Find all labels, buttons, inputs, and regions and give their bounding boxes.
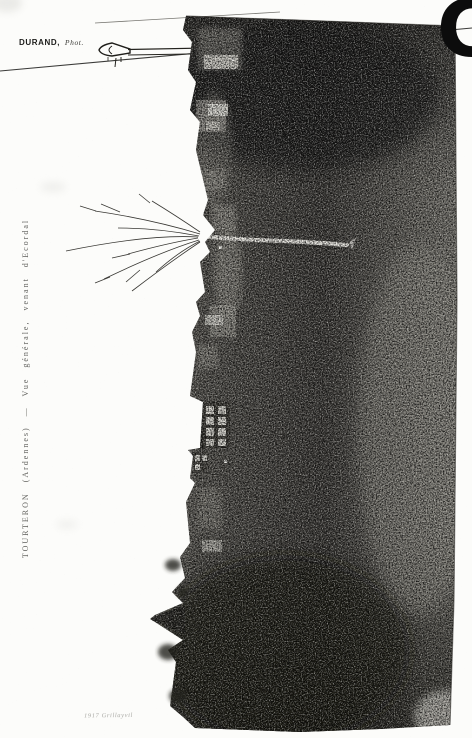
vertical-caption: TOURTERON (Ardennes) — Vue générale, ven… xyxy=(21,196,34,581)
faint-inscription: 1917 Grillayvil xyxy=(84,712,179,720)
photographer-credit: DURAND, Phot. xyxy=(19,38,84,47)
corner-c-mark: C xyxy=(437,0,472,69)
photographer-name: DURAND, xyxy=(19,38,60,47)
postcard-scan: DURAND, Phot. TOURTERON (Ardennes) — Vue… xyxy=(0,0,472,738)
photo-area xyxy=(0,0,472,738)
photographer-role: Phot. xyxy=(65,38,84,47)
